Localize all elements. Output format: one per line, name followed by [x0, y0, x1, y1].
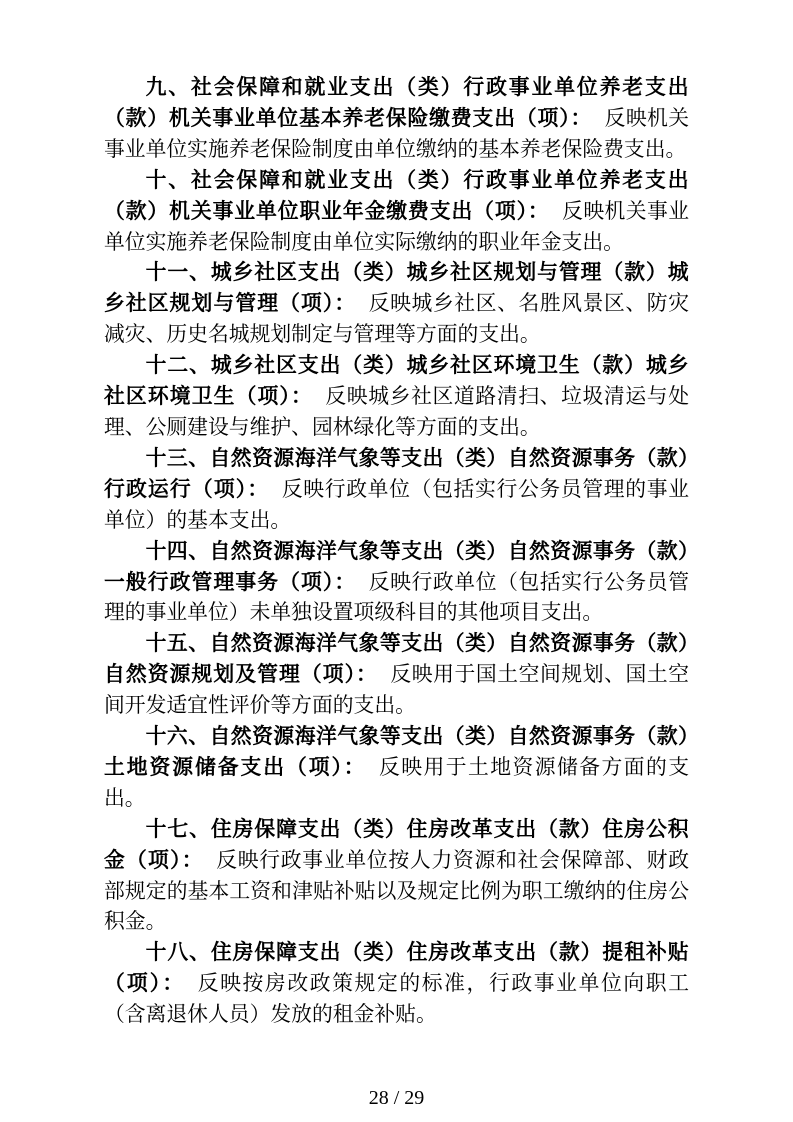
paragraph-body: 反映按房改政策规定的标准，行政事业单位向职工（含离退休人员）发放的租金补贴。: [104, 972, 689, 1026]
document-page: 九、社会保障和就业支出（类）行政事业单位养老支出（款）机关事业单位基本养老保险缴…: [0, 0, 793, 1122]
paragraph-11: 十一、城乡社区支出（类）城乡社区规划与管理（款）城乡社区规划与管理（项）：反映城…: [104, 258, 689, 351]
page-number: 28 / 29: [0, 1086, 793, 1110]
paragraph-15: 十五、自然资源海洋气象等支出（类）自然资源事务（款）自然资源规划及管理（项）：反…: [104, 629, 689, 722]
paragraph-12: 十二、城乡社区支出（类）城乡社区环境卫生（款）城乡社区环境卫生（项）：反映城乡社…: [104, 351, 689, 444]
paragraph-16: 十六、自然资源海洋气象等支出（类）自然资源事务（款）土地资源储备支出（项）：反映…: [104, 722, 689, 815]
paragraph-heading: 九、社会保障和就业支出（类）行政事业单位养老支出（款）机关事业单位基本养老保险缴…: [104, 76, 689, 130]
paragraph-10: 十、社会保障和就业支出（类）行政事业单位养老支出（款）机关事业单位职业年金缴费支…: [104, 166, 689, 259]
paragraph-17: 十七、住房保障支出（类）住房改革支出（款）住房公积金（项）：反映行政事业单位按人…: [104, 815, 689, 939]
paragraph-18: 十八、住房保障支出（类）住房改革支出（款）提租补贴（项）：反映按房改政策规定的标…: [104, 938, 689, 1031]
paragraph-14: 十四、自然资源海洋气象等支出（类）自然资源事务（款）一般行政管理事务（项）：反映…: [104, 537, 689, 630]
paragraph-13: 十三、自然资源海洋气象等支出（类）自然资源事务（款）行政运行（项）：反映行政单位…: [104, 444, 689, 537]
document-body: 九、社会保障和就业支出（类）行政事业单位养老支出（款）机关事业单位基本养老保险缴…: [104, 73, 689, 1031]
paragraph-9: 九、社会保障和就业支出（类）行政事业单位养老支出（款）机关事业单位基本养老保险缴…: [104, 73, 689, 166]
